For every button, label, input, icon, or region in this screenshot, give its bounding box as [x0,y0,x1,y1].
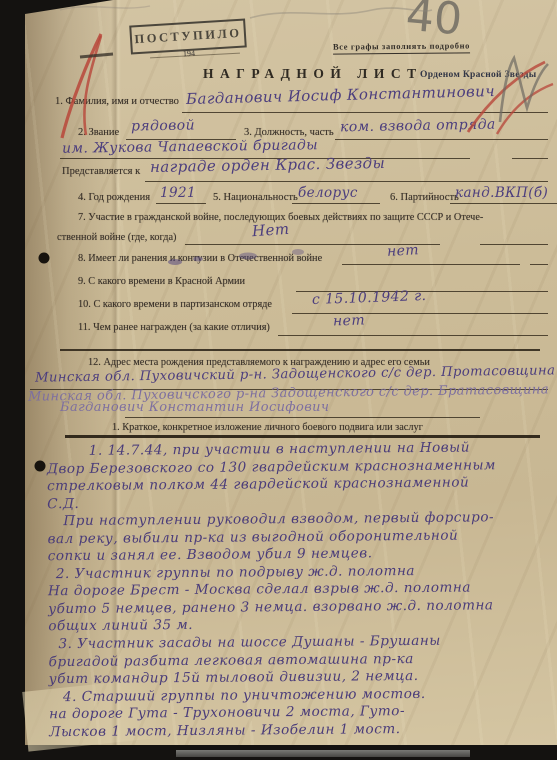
feat-heading: 1. Краткое, конкретное изложение личного… [112,422,423,433]
nationality-value: белорус [298,185,358,201]
received-year: 194 [183,49,195,59]
order-name-stamp: Орденом Красной Звезды [420,70,537,80]
underline [145,181,548,182]
underline [342,264,520,265]
underline [530,264,548,265]
red-army-since-label: 9. С какого времени в Красной Армии [78,276,245,287]
fill-instruction: Все графы заполнять подробно [333,40,470,54]
section-divider [60,349,540,351]
wounds-label: 8. Имеет ли ранения и контузии в Отечест… [78,253,322,264]
underline [450,203,557,204]
prior-awards-label: 11. Чем ранее награжден (за какие отличи… [78,322,270,333]
party-label: 6. Партийность [390,192,459,203]
underline [292,203,380,204]
partisan-since-label: 10. С какого времени в партизанском отря… [78,299,272,310]
address-line3: Багданович Константин Иосифович [60,400,329,415]
received-stamp-label: ПОСТУПИЛО [134,26,242,48]
document-title: НАГРАДНОЙ ЛИСТ [203,66,423,82]
civil-war-label-2: ственной войне (где, когда) [57,232,176,243]
civil-war-value: Нет [251,220,290,241]
underline [480,244,548,245]
underline [335,139,548,140]
field-rank-value: рядовой [131,117,195,134]
feat-heading-underline [65,435,540,438]
birth-year-value: 1921 [160,185,196,201]
presented-label: Представляется к [62,166,140,177]
field-duty-value: ком. взвода отряда [340,117,496,136]
underline [125,417,480,418]
underline [278,335,548,336]
underline [512,158,548,159]
page-number-pencil: 40 [404,0,464,45]
birth-year-label: 4. Год рождения [78,192,150,203]
scanned-award-sheet: ПОСТУПИЛО 194 40 Все графы заполнять под… [0,0,557,760]
party-value: канд.ВКП(б) [455,185,548,201]
underline [182,112,548,113]
field-name-label: 1. Фамилия, имя и отчество [55,96,179,107]
field-duty-label: 3. Должность, часть [244,127,334,138]
wounds-value: нет [387,242,420,260]
underline [156,203,206,204]
prior-awards-value: нет [333,312,366,329]
feat-description: 1. 14.7.44, при участии в наступлении на… [47,439,555,742]
field-rank-label: 2. Звание [78,127,119,138]
underline [292,313,548,314]
scanner-strip [176,750,470,757]
nationality-label: 5. Национальность [213,192,298,203]
